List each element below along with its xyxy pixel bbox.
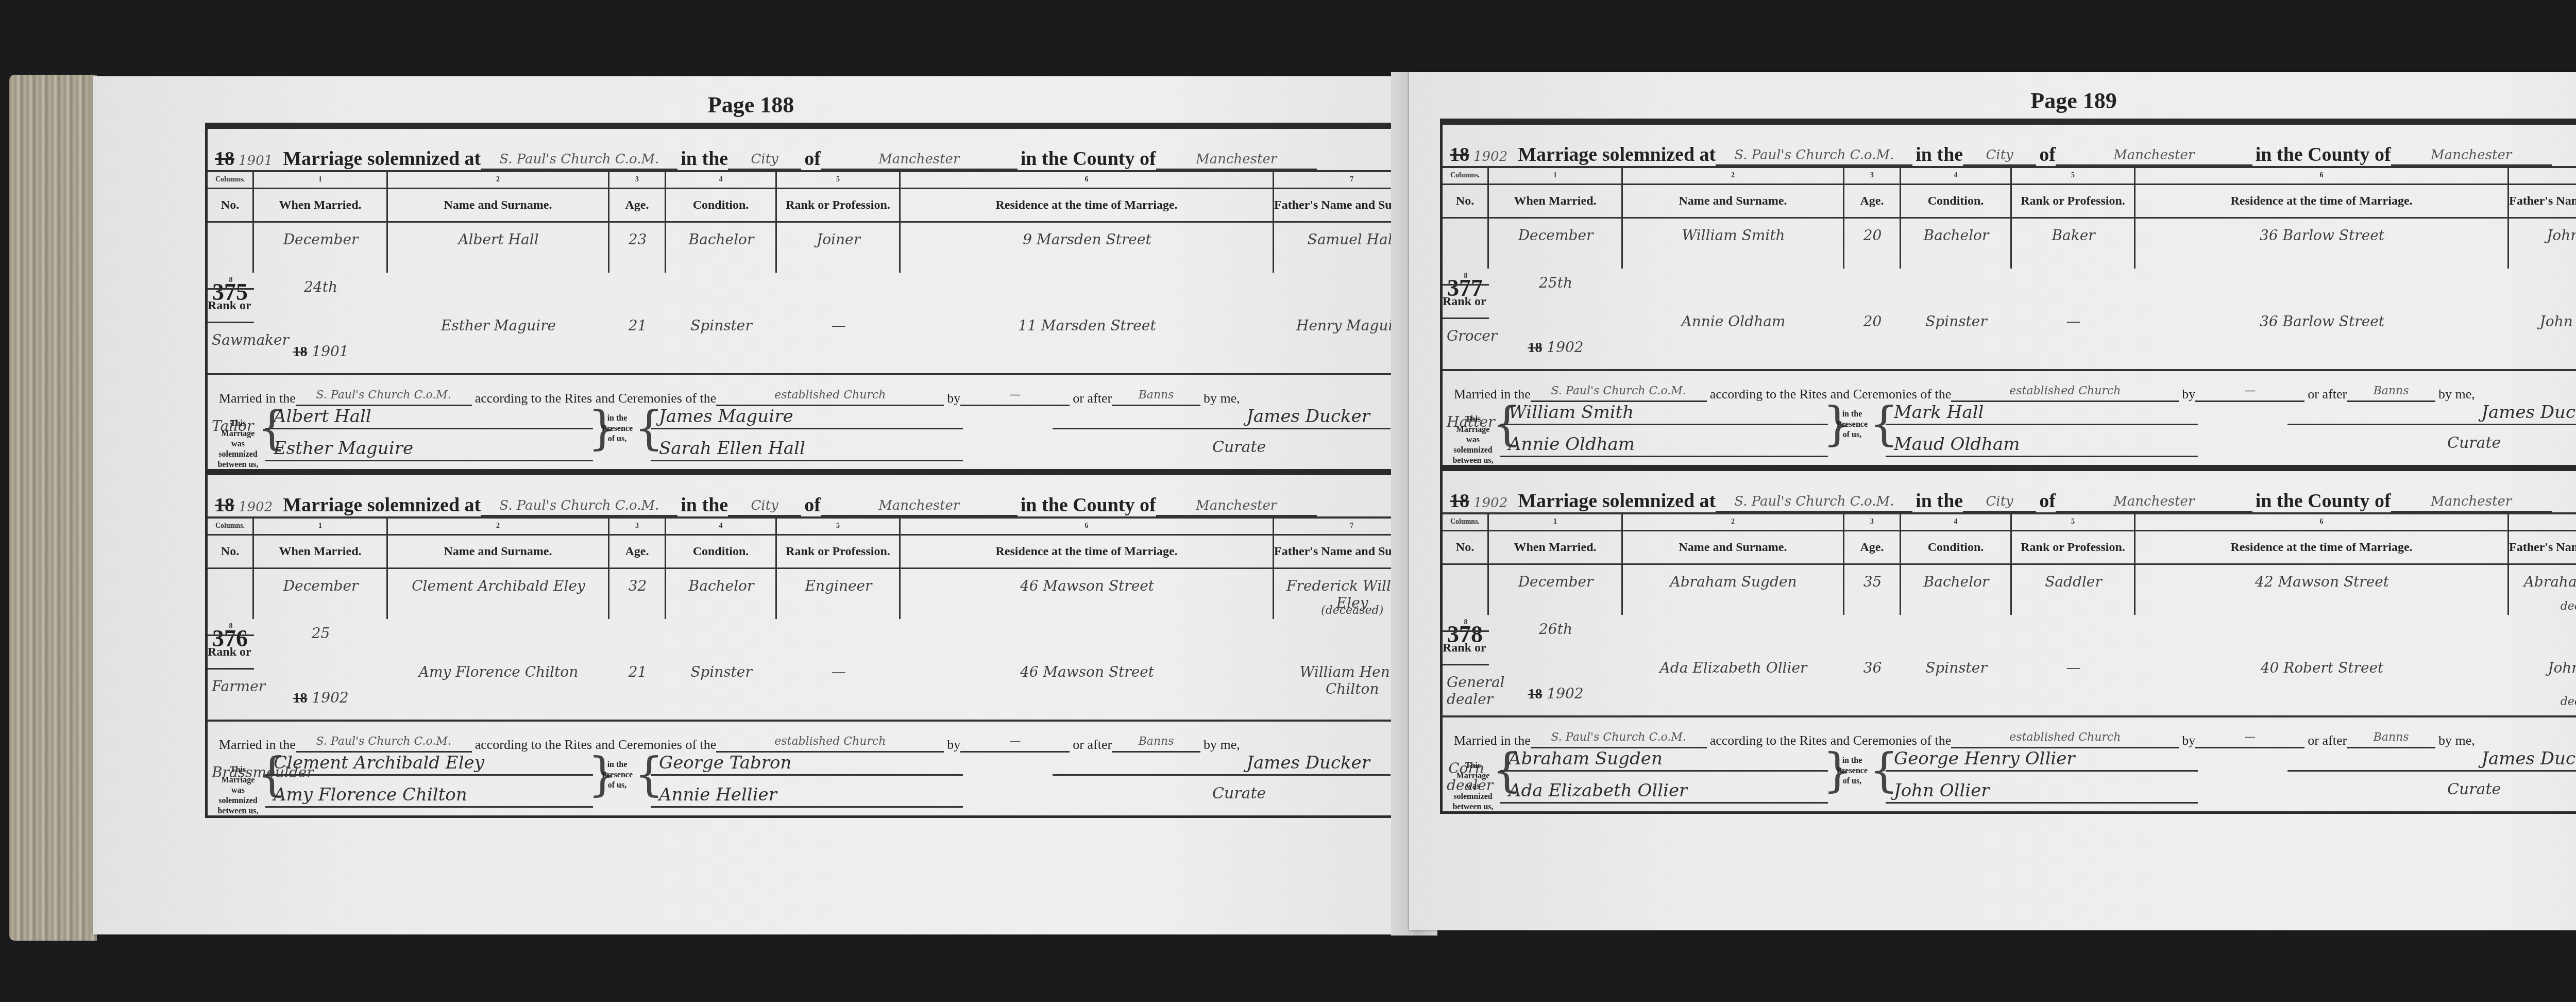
- page-number: Page 188: [93, 92, 1409, 118]
- col-rank: 5 Rank or Profession. Baker —: [2012, 168, 2136, 269]
- bride-signature: Esther Maguire: [265, 438, 593, 461]
- groom-father-rank: Farmer: [212, 678, 251, 695]
- married-in-fill: S. Paul's Church C.o.M.: [1531, 382, 1707, 402]
- bride-age: 21: [614, 663, 662, 680]
- groom-signature: Albert Hall: [265, 406, 593, 429]
- groom-rank: Baker: [2016, 227, 2131, 244]
- printed-year-prefix: 18: [1450, 490, 1469, 512]
- col-father-rank: 8 Rank or Profession of Father. Farmer B…: [208, 619, 254, 720]
- rites-fill: established Church: [1951, 728, 2179, 748]
- or-after-fill: Banns: [1112, 732, 1200, 753]
- bride-residence: 40 Robert Street: [2140, 659, 2504, 676]
- label-of: of: [804, 147, 821, 170]
- bride-rank: —: [781, 663, 896, 680]
- officiant-signature: James Ducker: [1053, 753, 1391, 776]
- col-no: Columns. No. 378: [1443, 514, 1489, 615]
- witness-1-signature: George Tabron: [651, 753, 963, 776]
- signature-block: This Marriage was solemnized between us,…: [208, 753, 1393, 814]
- groom-name: William Smith: [1627, 227, 1840, 244]
- district-type-fill: City: [728, 150, 801, 170]
- marriage-month: December: [258, 231, 383, 248]
- entry-table: Columns. No. 378 1 When Married. Decembe…: [1443, 514, 2576, 717]
- witness-1-signature: James Maguire: [651, 406, 963, 429]
- groom-residence: 46 Mawson Street: [905, 577, 1269, 594]
- groom-condition: Bachelor: [670, 231, 772, 248]
- bride-rank: —: [781, 317, 896, 334]
- col-rank: 5 Rank or Profession. Engineer —: [777, 519, 901, 619]
- col-when-married: 1 When Married. December 24th 18 1901: [254, 172, 388, 273]
- marriage-day: 25: [258, 625, 383, 642]
- officiant-signature: James Ducker: [1053, 406, 1391, 429]
- groom-rank: Saddler: [2016, 573, 2131, 590]
- groom-father-rank: Grocer: [1447, 327, 1486, 344]
- by-fill: —: [2195, 382, 2304, 402]
- groom-residence: 42 Mawson Street: [2140, 573, 2504, 590]
- district-fill: Manchester: [2056, 492, 2252, 512]
- groom-rank: Joiner: [781, 231, 896, 248]
- officiant-signature: James Ducker: [2287, 748, 2576, 772]
- label-solemnized-at: Marriage solemnized at: [283, 494, 481, 516]
- label-solemnized-at: Marriage solemnized at: [1518, 143, 1716, 166]
- label-in-the: in the: [681, 494, 728, 516]
- rites-fill: established Church: [716, 386, 944, 406]
- groom-age: 35: [1849, 573, 1896, 590]
- district-fill: Manchester: [821, 496, 1018, 516]
- groom-age: 23: [614, 231, 662, 248]
- bride-father-note: deceased: [2513, 695, 2576, 708]
- bride-signature: Ada Elizabeth Ollier: [1500, 780, 1828, 804]
- witness-1-signature: George Henry Ollier: [1886, 748, 2198, 772]
- groom-age: 20: [1849, 227, 1896, 244]
- officiant-title: Curate: [1212, 784, 1266, 803]
- col-father-name: 7 Father's Name and Surname. John Smith …: [2509, 168, 2576, 269]
- groom-father-name: Abraham Sugden: [2513, 573, 2576, 590]
- bride-rank: —: [2016, 659, 2131, 676]
- district-type-fill: City: [1963, 492, 2036, 512]
- bride-age: 21: [614, 317, 662, 334]
- label-of: of: [804, 494, 821, 516]
- col-age: 3 Age. 20 20: [1844, 168, 1901, 269]
- col-age: 3 Age. 32 21: [609, 519, 666, 619]
- label-in-presence: in the Presence of us,: [599, 760, 635, 791]
- entry-header: 18 1902 Marriage solemnized at S. Paul's…: [1443, 471, 2576, 514]
- label-solemnized-at: Marriage solemnized at: [1518, 490, 1716, 512]
- county-fill: Manchester: [2391, 492, 2552, 512]
- label-in-the: in the: [681, 147, 728, 170]
- place-fill: S. Paul's Church C.o.M.: [481, 150, 677, 170]
- entry-header: 18 1902 Marriage solemnized at S. Paul's…: [208, 475, 1393, 519]
- label-solemnized-between: This Marriage was solemnized between us,: [1450, 761, 1496, 812]
- bride-residence: 36 Barlow Street: [2140, 313, 2504, 330]
- marriage-entry: 18 1902 Marriage solemnized at S. Paul's…: [1443, 125, 2576, 471]
- col-rank: 5 Rank or Profession. Saddler —: [2012, 514, 2136, 615]
- col-name: 2 Name and Surname. William Smith Annie …: [1623, 168, 1844, 269]
- groom-father-rank: Sawmaker: [212, 331, 251, 348]
- col-residence: 6 Residence at the time of Marriage. 46 …: [901, 519, 1274, 619]
- col-no: Columns. No. 375: [208, 172, 254, 273]
- entry-header: 18 1901 Marriage solemnized at S. Paul's…: [208, 129, 1393, 172]
- groom-father-note: deceased: [2513, 600, 2576, 613]
- groom-residence: 9 Marsden Street: [905, 231, 1269, 248]
- county-fill: Manchester: [1156, 496, 1317, 516]
- bride-condition: Spinster: [670, 663, 772, 680]
- bride-condition: Spinster: [1905, 313, 2007, 330]
- col-father-rank: 8 Rank or Profession of Father. Grocer H…: [1443, 269, 1489, 369]
- bride-name: Ada Elizabeth Ollier: [1627, 659, 1840, 676]
- witness-2-signature: Sarah Ellen Hall: [651, 438, 963, 461]
- bride-residence: 11 Marsden Street: [905, 317, 1269, 334]
- marriage-month: December: [1493, 227, 1618, 244]
- label-in-presence: in the Presence of us,: [1834, 409, 1870, 440]
- col-no: Columns. No. 377: [1443, 168, 1489, 269]
- groom-condition: Bachelor: [670, 577, 772, 594]
- marriage-year: 18 1902: [1493, 339, 1618, 356]
- marriage-entry: 18 1902 Marriage solemnized at S. Paul's…: [1443, 471, 2576, 811]
- officiant-title: Curate: [2447, 780, 2501, 798]
- marriage-year: 18 1902: [1493, 685, 1618, 703]
- page-block-edge-left: [9, 75, 97, 941]
- entry-table: Columns. No. 375 1 When Married. Decembe…: [208, 172, 1393, 375]
- label-in-presence: in the Presence of us,: [1834, 756, 1870, 787]
- signature-block: This Marriage was solemnized between us,…: [1443, 402, 2576, 464]
- col-age: 3 Age. 35 36: [1844, 514, 1901, 615]
- rites-line: Married in the S. Paul's Church C.o.M. a…: [208, 722, 1393, 753]
- col-name: 2 Name and Surname. Clement Archibald El…: [388, 519, 609, 619]
- by-fill: —: [960, 386, 1070, 406]
- label-in-the: in the: [1916, 143, 1963, 166]
- label-county-of: in the County of: [1021, 494, 1156, 516]
- label-solemnized-between: This Marriage was solemnized between us,: [1450, 414, 1496, 466]
- witness-2-signature: John Ollier: [1886, 780, 2198, 804]
- county-fill: Manchester: [2391, 146, 2552, 166]
- bride-condition: Spinster: [1905, 659, 2007, 676]
- marriage-month: December: [258, 577, 383, 594]
- col-residence: 6 Residence at the time of Marriage. 36 …: [2136, 168, 2509, 269]
- rites-line: Married in the S. Paul's Church C.o.M. a…: [1443, 371, 2576, 402]
- bride-signature: Annie Oldham: [1500, 434, 1828, 457]
- rites-fill: established Church: [716, 732, 944, 753]
- district-type-fill: City: [728, 496, 801, 516]
- marriage-day: 26th: [1493, 621, 1618, 638]
- label-county-of: in the County of: [1021, 147, 1156, 170]
- rites-fill: established Church: [1951, 382, 2179, 402]
- witness-2-signature: Annie Hellier: [651, 784, 963, 808]
- col-when-married: 1 When Married. December 25 18 1902: [254, 519, 388, 619]
- marriage-entry: 18 1901 Marriage solemnized at S. Paul's…: [208, 129, 1393, 475]
- col-when-married: 1 When Married. December 26th 18 1902: [1489, 514, 1623, 615]
- entry-table: Columns. No. 376 1 When Married. Decembe…: [208, 519, 1393, 722]
- county-fill: Manchester: [1156, 150, 1317, 170]
- label-solemnized-between: This Marriage was solemnized between us,: [215, 419, 261, 470]
- bride-signature: Amy Florence Chilton: [265, 784, 593, 808]
- district-fill: Manchester: [821, 150, 1018, 170]
- groom-residence: 36 Barlow Street: [2140, 227, 2504, 244]
- label-of: of: [2039, 490, 2056, 512]
- groom-rank: Engineer: [781, 577, 896, 594]
- printed-year-prefix: 18: [215, 494, 234, 516]
- label-in-the: in the: [1916, 490, 1963, 512]
- col-name: 2 Name and Surname. Abraham Sugden Ada E…: [1623, 514, 1844, 615]
- bride-name: Esther Maguire: [392, 317, 605, 334]
- groom-age: 32: [614, 577, 662, 594]
- entry-header: 18 1902 Marriage solemnized at S. Paul's…: [1443, 125, 2576, 168]
- year-fill: 1902: [1470, 494, 1511, 512]
- register-form: 18 1901 Marriage solemnized at S. Paul's…: [205, 123, 1395, 818]
- married-in-fill: S. Paul's Church C.o.M.: [296, 732, 472, 753]
- groom-name: Abraham Sugden: [1627, 573, 1840, 590]
- groom-name: Albert Hall: [392, 231, 605, 248]
- bride-name: Annie Oldham: [1627, 313, 1840, 330]
- col-rank: 5 Rank or Profession. Joiner —: [777, 172, 901, 273]
- district-fill: Manchester: [2056, 146, 2252, 166]
- year-fill: 1902: [1470, 147, 1511, 166]
- year-fill: 1902: [235, 498, 276, 516]
- col-father-name: 7 Father's Name and Surname. Abraham Sug…: [2509, 514, 2576, 615]
- officiant-title: Curate: [1212, 438, 1266, 456]
- printed-year-prefix: 18: [215, 147, 234, 170]
- or-after-fill: Banns: [2347, 382, 2435, 402]
- register-book: Page 188 18 1901 Marriage solemnized at …: [0, 0, 2576, 1002]
- bride-father-name: John Oldham: [2513, 313, 2576, 330]
- marriage-month: December: [1493, 573, 1618, 590]
- label-solemnized-between: This Marriage was solemnized between us,: [215, 765, 261, 816]
- groom-father-name: John Smith: [2513, 227, 2576, 244]
- bride-age: 36: [1849, 659, 1896, 676]
- year-fill: 1901: [235, 152, 276, 170]
- groom-father-rank: General dealer: [1447, 674, 1486, 708]
- col-condition: 4 Condition. Bachelor Spinster: [1901, 514, 2012, 615]
- marriage-day: 24th: [258, 278, 383, 295]
- place-fill: S. Paul's Church C.o.M.: [481, 496, 677, 516]
- col-condition: 4 Condition. Bachelor Spinster: [666, 519, 777, 619]
- col-residence: 6 Residence at the time of Marriage. 9 M…: [901, 172, 1274, 273]
- district-type-fill: City: [1963, 146, 2036, 166]
- label-solemnized-at: Marriage solemnized at: [283, 147, 481, 170]
- bride-age: 20: [1849, 313, 1896, 330]
- by-fill: —: [960, 732, 1070, 753]
- rites-line: Married in the S. Paul's Church C.o.M. a…: [1443, 717, 2576, 748]
- groom-signature: Clement Archibald Eley: [265, 753, 593, 776]
- page-number: Page 189: [1409, 88, 2576, 114]
- married-in-fill: S. Paul's Church C.o.M.: [1531, 728, 1707, 748]
- bride-father-name: John Ollier: [2513, 659, 2576, 676]
- entry-table: Columns. No. 377 1 When Married. Decembe…: [1443, 168, 2576, 371]
- col-no: Columns. No. 376: [208, 519, 254, 619]
- officiant-title: Curate: [2447, 434, 2501, 452]
- groom-signature: William Smith: [1500, 402, 1828, 425]
- groom-name: Clement Archibald Eley: [392, 577, 605, 594]
- printed-year-prefix: 18: [1450, 143, 1469, 166]
- label-county-of: in the County of: [2256, 143, 2391, 166]
- col-residence: 6 Residence at the time of Marriage. 42 …: [2136, 514, 2509, 615]
- officiant-signature: James Ducker: [2287, 402, 2576, 425]
- witness-1-signature: Mark Hall: [1886, 402, 2198, 425]
- col-condition: 4 Condition. Bachelor Spinster: [666, 172, 777, 273]
- label-in-presence: in the Presence of us,: [599, 413, 635, 444]
- col-father-rank: 8 Rank or Profession of Father. General …: [1443, 615, 1489, 715]
- left-page: Page 188 18 1901 Marriage solemnized at …: [93, 76, 1409, 934]
- marriage-entry: 18 1902 Marriage solemnized at S. Paul's…: [208, 475, 1393, 815]
- or-after-fill: Banns: [1112, 386, 1200, 406]
- groom-condition: Bachelor: [1905, 573, 2007, 590]
- right-page: Page 189 18 1902 Marriage solemnized at …: [1409, 72, 2576, 930]
- label-county-of: in the County of: [2256, 490, 2391, 512]
- groom-condition: Bachelor: [1905, 227, 2007, 244]
- place-fill: S. Paul's Church C.o.M.: [1716, 146, 1912, 166]
- married-in-fill: S. Paul's Church C.o.M.: [296, 386, 472, 406]
- col-father-rank: 8 Rank or Profession of Father. Sawmaker…: [208, 273, 254, 373]
- groom-signature: Abraham Sugden: [1500, 748, 1828, 772]
- bride-residence: 46 Mawson Street: [905, 663, 1269, 680]
- col-when-married: 1 When Married. December 25th 18 1902: [1489, 168, 1623, 269]
- col-age: 3 Age. 23 21: [609, 172, 666, 273]
- col-condition: 4 Condition. Bachelor Spinster: [1901, 168, 2012, 269]
- by-fill: —: [2195, 728, 2304, 748]
- or-after-fill: Banns: [2347, 728, 2435, 748]
- col-name: 2 Name and Surname. Albert Hall Esther M…: [388, 172, 609, 273]
- witness-2-signature: Maud Oldham: [1886, 434, 2198, 457]
- rites-line: Married in the S. Paul's Church C.o.M. a…: [208, 375, 1393, 406]
- place-fill: S. Paul's Church C.o.M.: [1716, 492, 1912, 512]
- marriage-day: 25th: [1493, 274, 1618, 291]
- signature-block: This Marriage was solemnized between us,…: [1443, 748, 2576, 810]
- signature-block: This Marriage was solemnized between us,…: [208, 406, 1393, 468]
- label-of: of: [2039, 143, 2056, 166]
- marriage-year: 18 1902: [258, 689, 383, 707]
- bride-condition: Spinster: [670, 317, 772, 334]
- bride-name: Amy Florence Chilton: [392, 663, 605, 680]
- bride-rank: —: [2016, 313, 2131, 330]
- register-form: 18 1902 Marriage solemnized at S. Paul's…: [1440, 119, 2576, 814]
